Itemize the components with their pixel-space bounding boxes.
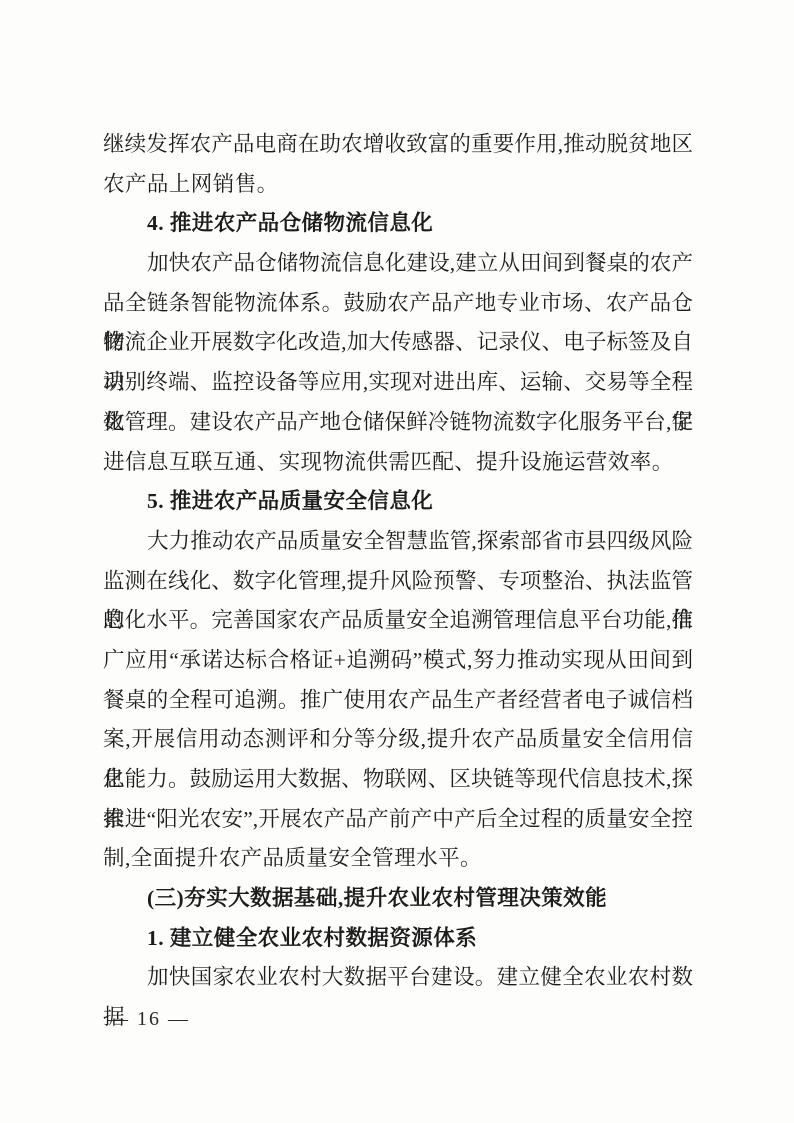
section-heading-3: (三)夯实大数据基础,提升农业农村管理决策效能 [103, 879, 693, 919]
document-page: 继续发挥农产品电商在助农增收致富的重要作用,推动脱贫地区 农产品上网销售。 4.… [0, 0, 794, 1123]
text-line-paragraph-start: 大力推动农产品质量安全智慧监管,探索部省市县四级风险 [103, 522, 693, 562]
text-line: 监测在线化、数字化管理,提升风险预警、专项整治、执法监管的信 [103, 562, 693, 602]
text-line-paragraph-end: 农产品上网销售。 [103, 165, 693, 205]
document-body: 继续发挥农产品电商在助农增收致富的重要作用,推动脱贫地区 农产品上网销售。 4.… [103, 125, 693, 998]
text-line: 广应用“承诺达标合格证+追溯码”模式,努力推动实现从田间到 [103, 641, 693, 681]
heading-item-4: 4. 推进农产品仓储物流信息化 [103, 204, 693, 244]
text-line: 识别终端、监控设备等应用,实现对进出库、运输、交易等全程数字 [103, 363, 693, 403]
text-line: 物流企业开展数字化改造,加大传感器、记录仪、电子标签及自动 [103, 323, 693, 363]
heading-item-5: 5. 推进农产品质量安全信息化 [103, 482, 693, 522]
text-line: 推进“阳光农安”,开展农产品产前产中产后全过程的质量安全控 [103, 800, 693, 840]
text-line-paragraph-start: 加快国家农业农村大数据平台建设。建立健全农业农村数据 [103, 958, 693, 998]
text-line: 化能力。鼓励运用大数据、物联网、区块链等现代信息技术,探索 [103, 760, 693, 800]
text-line: 品全链条智能物流体系。鼓励农产品产地专业市场、农产品仓储 [103, 284, 693, 324]
text-line: 餐桌的全程可追溯。推广使用农产品生产者经营者电子诚信档 [103, 681, 693, 721]
text-line-paragraph-start: 加快农产品仓储物流信息化建设,建立从田间到餐桌的农产 [103, 244, 693, 284]
text-line: 继续发挥农产品电商在助农增收致富的重要作用,推动脱贫地区 [103, 125, 693, 165]
text-line-paragraph-end: 制,全面提升农产品质量安全管理水平。 [103, 839, 693, 879]
text-line: 化管理。建设农产品产地仓储保鲜冷链物流数字化服务平台,促 [103, 403, 693, 443]
text-line: 案,开展信用动态测评和分等分级,提升农产品质量安全信用信息 [103, 720, 693, 760]
page-number: — 16 — [108, 1004, 190, 1034]
text-line: 息化水平。完善国家农产品质量安全追溯管理信息平台功能,推 [103, 601, 693, 641]
text-line-paragraph-end: 进信息互联互通、实现物流供需匹配、提升设施运营效率。 [103, 443, 693, 483]
heading-item-1: 1. 建立健全农业农村数据资源体系 [103, 919, 693, 959]
